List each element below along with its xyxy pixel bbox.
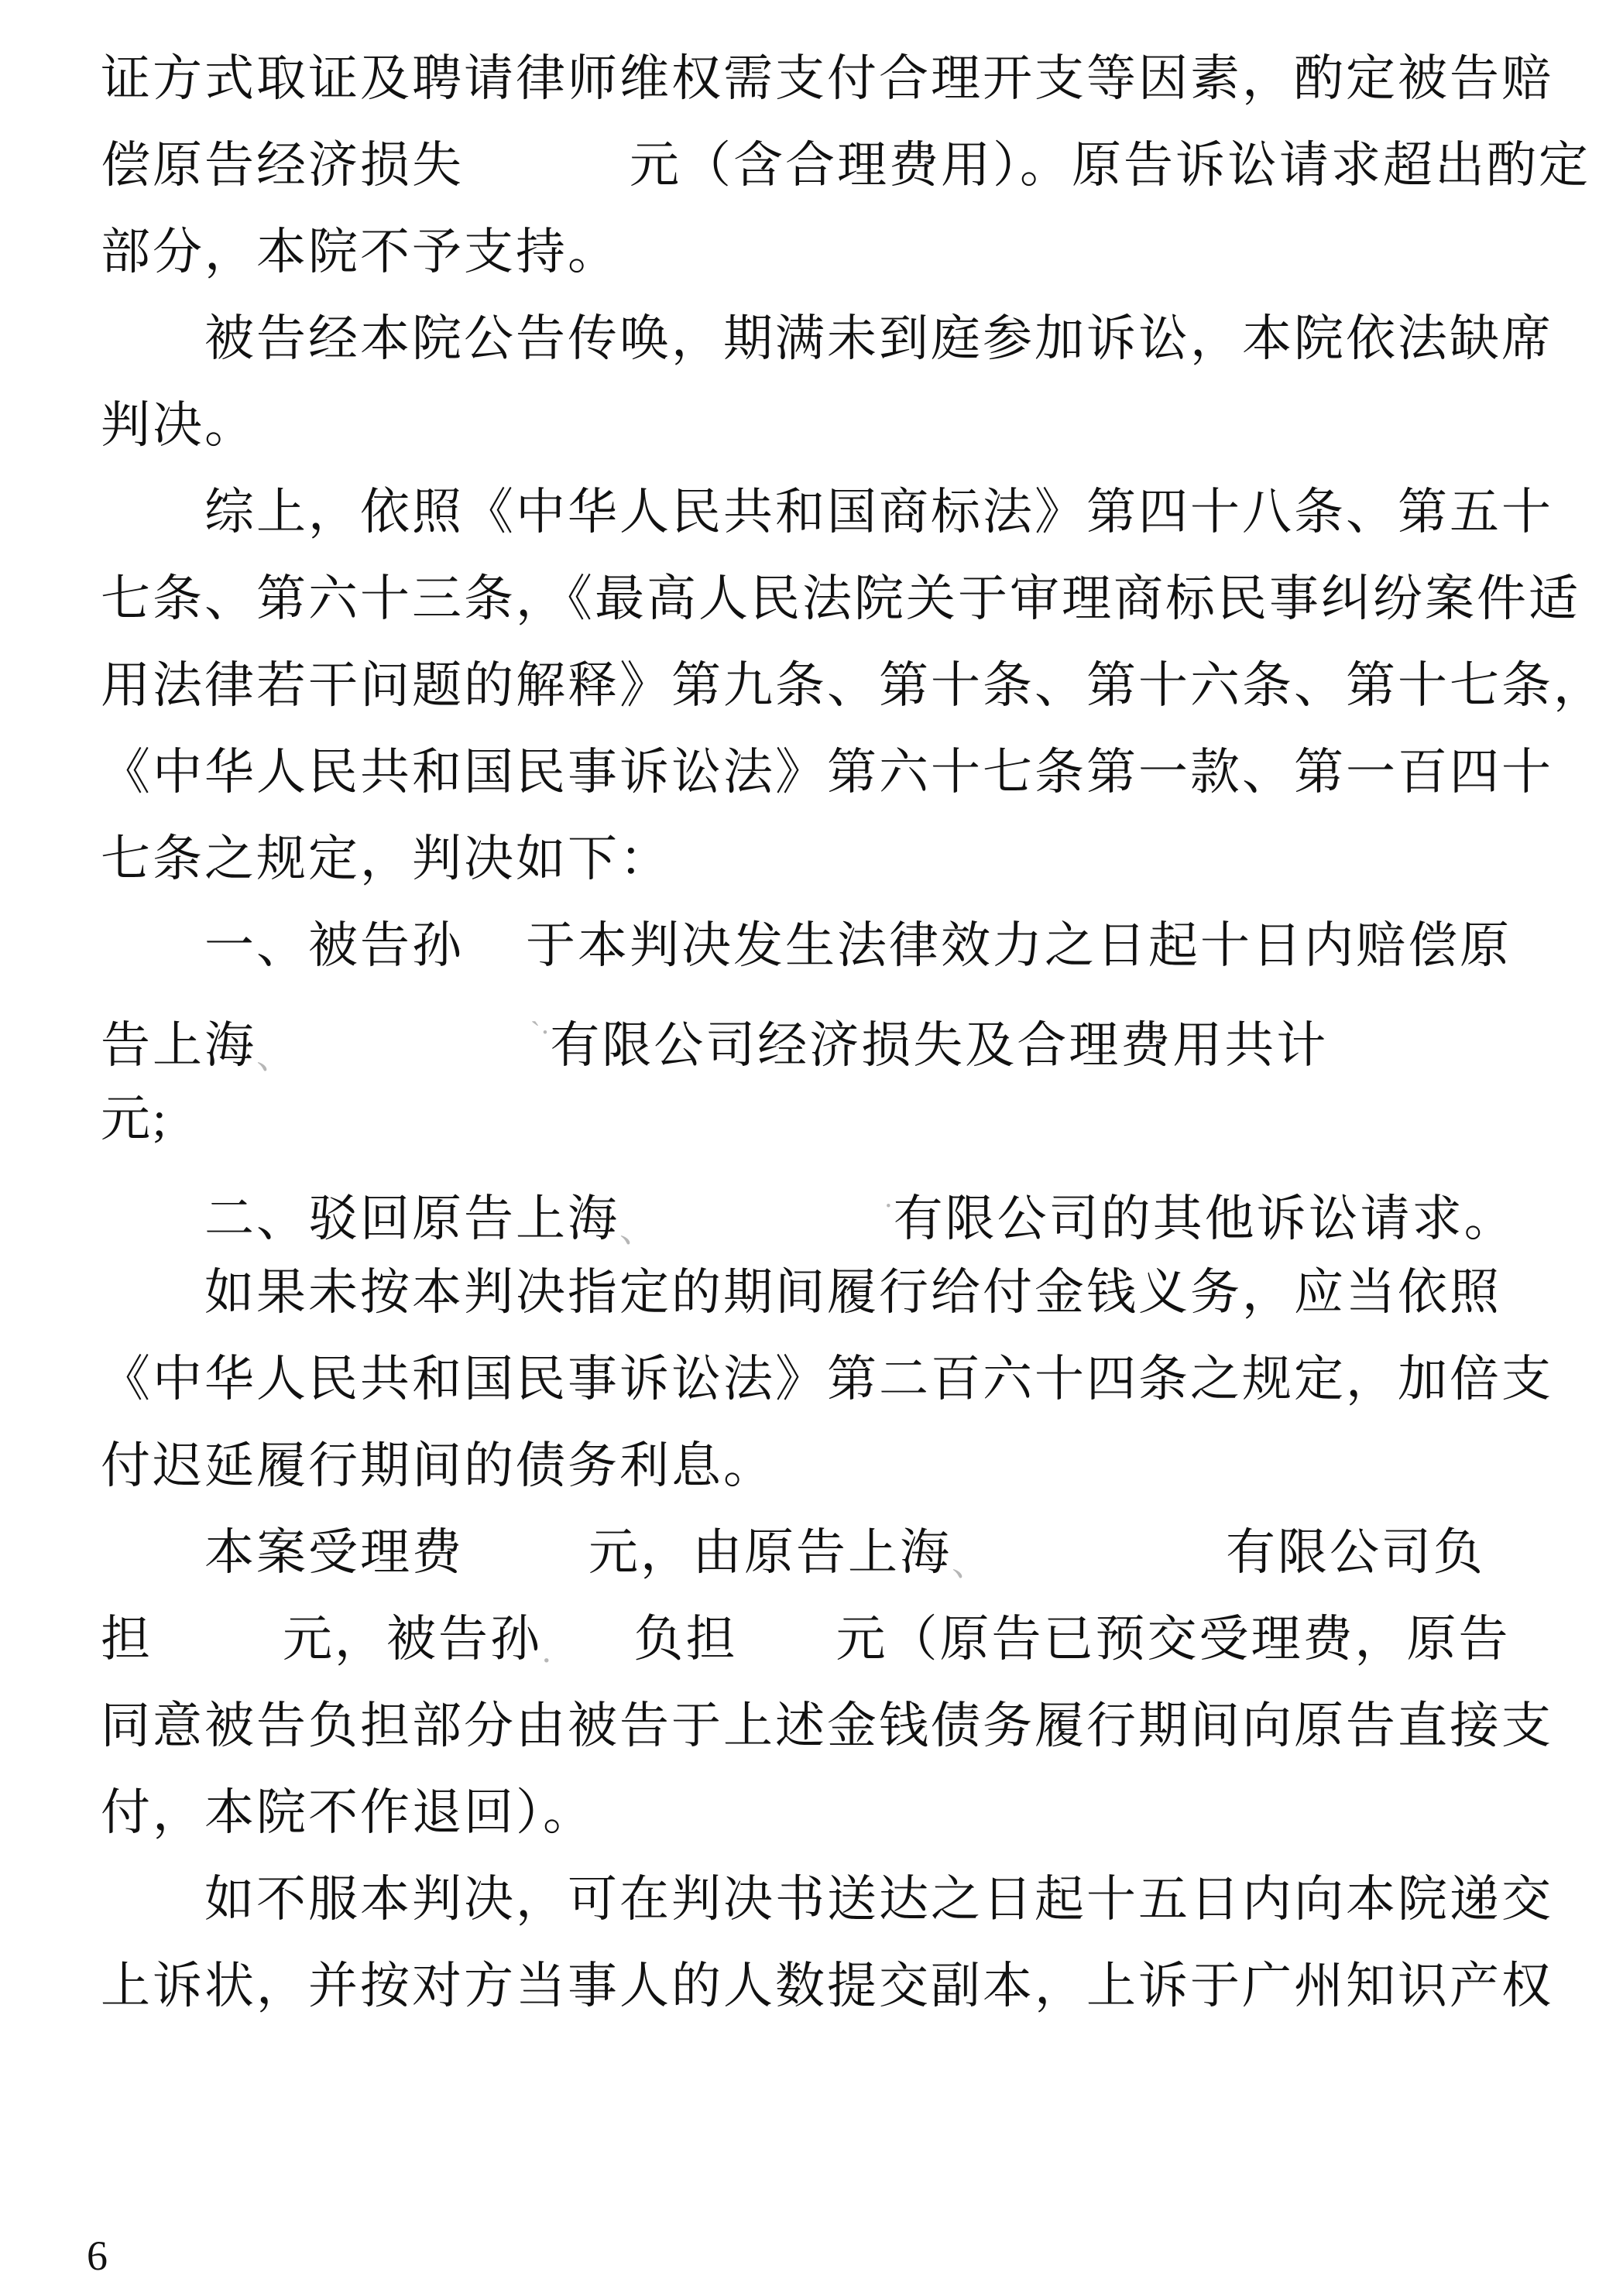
- redaction-residue-mark: `: [530, 1016, 540, 1049]
- redaction-residue-mark: 、: [256, 1037, 292, 1076]
- text-segment: 二、驳回原告上海: [204, 1191, 619, 1246]
- text-line: 如不服本判决，可在判决书送达之日起十五日内向本院递交: [101, 1856, 1564, 1943]
- text-segment: 如果未按本判决指定的期间履行给付金钱义务，应当依照: [204, 1265, 1501, 1320]
- redaction-gap: [655, 1234, 884, 1235]
- text-segment: 元;: [101, 1091, 169, 1146]
- text-line: 用法律若干问题的解释》第九条、第十条、第十六条、第十七条，: [101, 643, 1564, 729]
- redaction-residue-mark: 、: [952, 1544, 987, 1583]
- text-line: 担元，被告孙.负担元（原告已预交受理费，原告: [101, 1596, 1564, 1683]
- redaction-gap: [153, 1654, 283, 1656]
- redaction-gap: [738, 1654, 836, 1656]
- redaction-residue-mark: .: [542, 1630, 551, 1670]
- text-segment: 同意被告负担部分由被告于上述金钱债务履行期间向原告直接支: [101, 1698, 1553, 1753]
- text-segment: 付迟延履行期间的债务利息。: [101, 1438, 775, 1493]
- text-segment: 偿原告经济损失: [101, 138, 464, 193]
- text-segment: 本案受理费: [204, 1525, 464, 1580]
- text-segment: 有限公司经济损失及合理费用共计: [550, 1018, 1328, 1073]
- redaction-gap: [987, 1568, 1226, 1569]
- text-line: 证方式取证及聘请律师维权需支付合理开支等因素，酌定被告赔: [101, 36, 1564, 122]
- text-segment: 元，由原告上海: [588, 1525, 952, 1580]
- text-segment: 有限公司的其他诉讼请求。: [894, 1191, 1516, 1246]
- text-line: 综上，依照《中华人民共和国商标法》第四十八条、第五十: [101, 469, 1564, 556]
- redaction-residue-mark: ·: [540, 1016, 551, 1049]
- text-segment: 判决。: [101, 398, 256, 453]
- text-segment: 负担: [634, 1612, 738, 1667]
- redaction-gap: [464, 961, 526, 962]
- redaction-gap: [292, 1061, 530, 1062]
- text-segment: 《中华人民共和国民事诉讼法》第二百六十四条之规定，加倍支: [101, 1352, 1553, 1407]
- text-line: 一、被告孙于本判决发生法律效力之日起十日内赔偿原: [101, 903, 1564, 989]
- redaction-residue-mark: 、: [619, 1210, 655, 1249]
- text-line: 告上海、`·有限公司经济损失及合理费用共计: [101, 989, 1564, 1076]
- text-line: 付迟延履行期间的债务利息。: [101, 1423, 1564, 1510]
- text-segment: 证方式取证及聘请律师维权需支付合理开支等因素，酌定被告赔: [101, 51, 1553, 106]
- text-line: 本案受理费元，由原告上海、有限公司负: [101, 1510, 1564, 1596]
- text-segment: 告上海: [101, 1018, 256, 1073]
- text-line: 同意被告负担部分由被告于上述金钱债务履行期间向原告直接支: [101, 1683, 1564, 1770]
- text-line: 部分，本院不予支持。: [101, 209, 1564, 296]
- text-line: 偿原告经济损失元（含合理费用）。原告诉讼请求超出酌定: [101, 122, 1564, 209]
- text-segment: 上诉状，并按对方当事人的人数提交副本，上诉于广州知识产权: [101, 1958, 1553, 2013]
- text-segment: 《中华人民共和国民事诉讼法》第六十七条第一款、第一百四十: [101, 745, 1553, 800]
- redaction-gap: [464, 180, 630, 182]
- text-segment: 付，本院不作退回）。: [101, 1785, 595, 1840]
- text-line: 被告经本院公告传唤，期满未到庭参加诉讼，本院依法缺席: [101, 296, 1564, 382]
- text-line: 二、驳回原告上海、·有限公司的其他诉讼请求。: [101, 1163, 1564, 1249]
- redaction-gap: [551, 1654, 634, 1656]
- text-segment: 七条之规定，判决如下：: [101, 831, 671, 886]
- text-line: 《中华人民共和国民事诉讼法》第二百六十四条之规定，加倍支: [101, 1336, 1564, 1423]
- text-line: 如果未按本判决指定的期间履行给付金钱义务，应当依照: [101, 1249, 1564, 1336]
- text-segment: 于本判决发生法律效力之日起十日内赔偿原: [526, 918, 1511, 973]
- text-segment: 元（原告已预交受理费，原告: [836, 1612, 1511, 1667]
- text-segment: 有限公司负: [1226, 1525, 1485, 1580]
- text-line: 判决。: [101, 382, 1564, 469]
- text-line: 付，本院不作退回）。: [101, 1770, 1564, 1856]
- text-segment: 部分，本院不予支持。: [101, 224, 619, 279]
- redaction-residue-mark: ·: [884, 1190, 894, 1222]
- redaction-gap: [464, 1568, 588, 1569]
- text-segment: 如不服本判决，可在判决书送达之日起十五日内向本院递交: [204, 1872, 1553, 1927]
- text-segment: 担: [101, 1612, 153, 1667]
- text-line: 七条之规定，判决如下：: [101, 816, 1564, 903]
- text-segment: 七条、第六十三条，《最高人民法院关于审理商标民事纠纷案件适: [101, 571, 1580, 626]
- text-segment: 综上，依照《中华人民共和国商标法》第四十八条、第五十: [204, 485, 1553, 540]
- page-number: 6: [87, 2233, 108, 2279]
- text-line: 七条、第六十三条，《最高人民法院关于审理商标民事纠纷案件适: [101, 556, 1564, 643]
- document-page-body: 证方式取证及聘请律师维权需支付合理开支等因素，酌定被告赔偿原告经济损失元（含合理…: [101, 36, 1564, 2030]
- text-segment: 被告经本院公告传唤，期满未到庭参加诉讼，本院依法缺席: [204, 311, 1553, 366]
- text-line: 元;: [101, 1076, 1564, 1163]
- text-segment: 元（含合理费用）。原告诉讼请求超出酌定: [630, 138, 1590, 193]
- text-segment: 用法律若干问题的解释》第九条、第十条、第十六条、第十七条，: [101, 658, 1605, 713]
- text-line: 上诉状，并按对方当事人的人数提交副本，上诉于广州知识产权: [101, 1943, 1564, 2030]
- text-segment: 一、被告孙: [204, 918, 464, 973]
- text-segment: 元，被告孙: [283, 1612, 542, 1667]
- text-line: 《中华人民共和国民事诉讼法》第六十七条第一款、第一百四十: [101, 729, 1564, 816]
